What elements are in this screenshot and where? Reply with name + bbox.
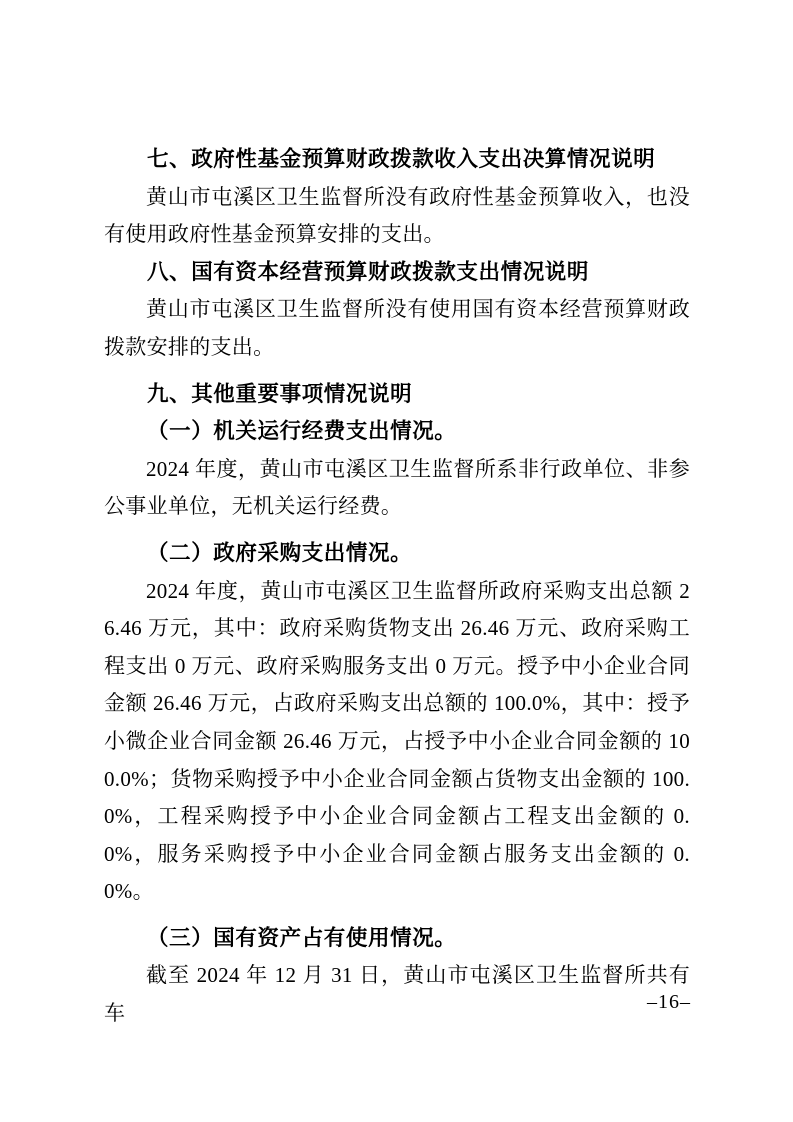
paragraph-state-capital-budget: 黄山市屯溪区卫生监督所没有使用国有资本经营预算财政拨款安排的支出。 bbox=[104, 291, 690, 366]
document-page: 七、政府性基金预算财政拨款收入支出决算情况说明 黄山市屯溪区卫生监督所没有政府性… bbox=[0, 0, 793, 1122]
heading-section-seven-gov-fund-budget: 七、政府性基金预算财政拨款收入支出决算情况说明 bbox=[104, 141, 690, 179]
document-body: 七、政府性基金预算财政拨款收入支出决算情况说明 黄山市屯溪区卫生监督所没有政府性… bbox=[104, 141, 690, 1033]
paragraph-gov-procurement: 2024 年度，黄山市屯溪区卫生监督所政府采购支出总额 26.46 万元，其中：… bbox=[104, 573, 690, 911]
heading-section-eight-state-capital-budget: 八、国有资本经营预算财政拨款支出情况说明 bbox=[104, 254, 690, 292]
heading-sub-3-state-assets: （三）国有资产占有使用情况。 bbox=[104, 920, 690, 958]
paragraph-operating-expenses: 2024 年度，黄山市屯溪区卫生监督所系非行政单位、非参公事业单位，无机关运行经… bbox=[104, 451, 690, 526]
heading-sub-1-operating-expenses: （一）机关运行经费支出情况。 bbox=[104, 413, 690, 451]
paragraph-state-assets: 截至 2024 年 12 月 31 日，黄山市屯溪区卫生监督所共有车 bbox=[104, 957, 690, 1032]
heading-section-nine-other-matters: 九、其他重要事项情况说明 bbox=[104, 376, 690, 414]
heading-sub-2-gov-procurement: （二）政府采购支出情况。 bbox=[104, 535, 690, 573]
page-number: –16– bbox=[647, 990, 691, 1014]
paragraph-gov-fund-budget: 黄山市屯溪区卫生监督所没有政府性基金预算收入，也没有使用政府性基金预算安排的支出… bbox=[104, 179, 690, 254]
